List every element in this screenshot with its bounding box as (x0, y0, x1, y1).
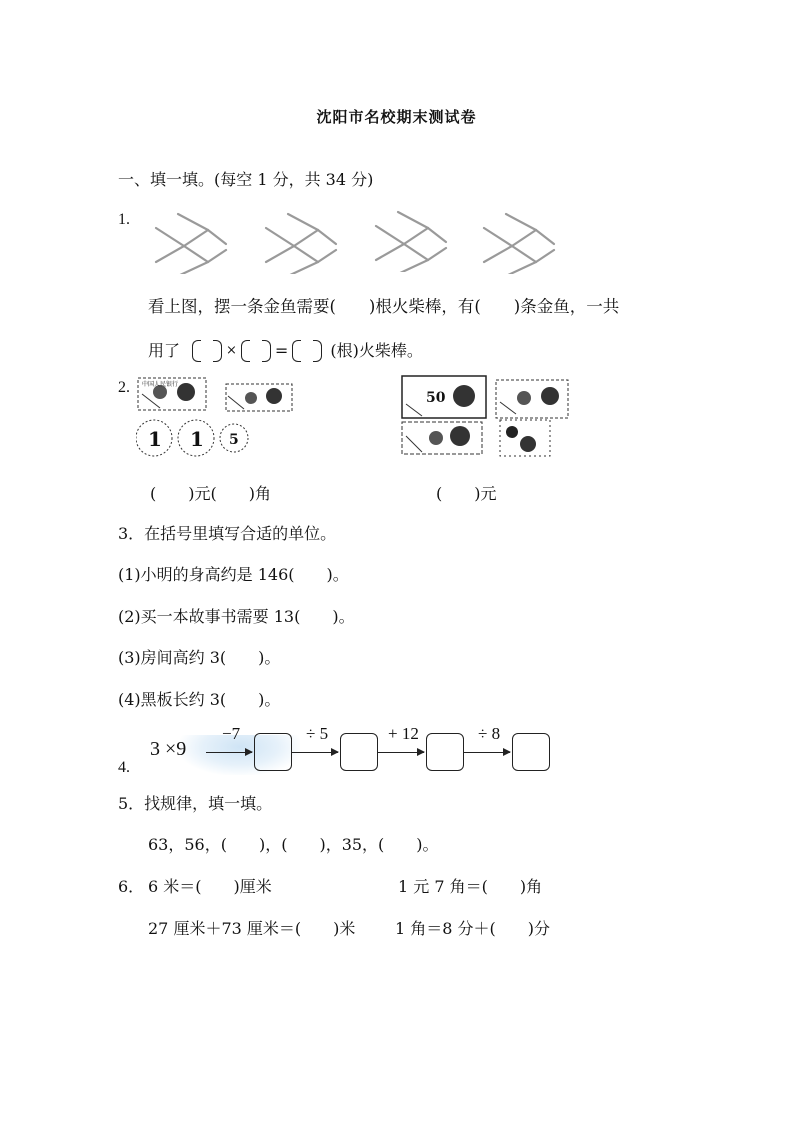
q4-answer-box-4[interactable] (512, 733, 550, 771)
coin-1-yuan-icon: 1 (178, 420, 214, 456)
banknote-20-icon (496, 380, 568, 418)
q2-right-answer: ( )元 (436, 484, 497, 504)
money-group-left: 中国人民银行 1 1 5 (136, 376, 296, 466)
times-sign: × (226, 341, 237, 361)
answer-box-total[interactable] (292, 340, 322, 362)
q3-item-1: (1)小明的身高约是 146( )。 (118, 565, 349, 585)
svg-text:1: 1 (148, 427, 162, 451)
question-number-1: 1. (118, 210, 130, 230)
arrow-2 (292, 752, 338, 753)
q3-item-4: (4)黑板长约 3( )。 (118, 690, 280, 710)
banknote-10-icon (226, 384, 292, 411)
q6-item-2: 1 元 7 角＝( )角 (398, 877, 542, 897)
matchstick-fish-1 (148, 210, 228, 274)
banknote-20-icon: 中国人民银行 (138, 378, 206, 410)
page-title: 沈阳市名校期末测试卷 (0, 106, 793, 127)
q4-start-expression: 3 ×9 (150, 738, 186, 761)
banknote-20-icon (402, 422, 482, 454)
section-heading: 一、填一填。(每空 1 分，共 34 分) (118, 170, 373, 190)
svg-text:50: 50 (426, 390, 446, 406)
q4-answer-box-3[interactable] (426, 733, 464, 771)
q6-item-1: 6 米＝( )厘米 (148, 877, 272, 897)
money-group-right: 50 (400, 374, 580, 458)
coin-5-jiao-icon: 5 (220, 424, 248, 452)
q4-op-4: ÷ 8 (478, 724, 500, 744)
svg-text:中国人民银行: 中国人民银行 (142, 380, 178, 388)
answer-box-fish-count[interactable] (241, 340, 271, 362)
q4-answer-box-1[interactable] (254, 733, 292, 771)
q5-heading: 5．找规律，填一填。 (118, 794, 272, 814)
q4-op-1: −7 (222, 724, 240, 744)
q3-heading: 3．在括号里填写合适的单位。 (118, 524, 336, 544)
question-number-2: 2. (118, 378, 130, 398)
arrow-4 (464, 752, 510, 753)
q4-op-2: ÷ 5 (306, 724, 328, 744)
svg-text:5: 5 (229, 432, 239, 448)
matchstick-fish-2 (258, 210, 338, 274)
q5-sequence: 63，56，( )，( )，35，( )。 (148, 835, 439, 855)
q3-item-2: (2)买一本故事书需要 13( )。 (118, 607, 355, 627)
coin-1-yuan-icon: 1 (136, 420, 172, 456)
q2-left-answer: ( )元( )角 (150, 484, 271, 504)
q1-text-line2: 用了 × = (根)火柴棒。 (148, 340, 423, 362)
q6-item-4: 1 角＝8 分＋( )分 (395, 919, 550, 939)
q3-item-3: (3)房间高约 3( )。 (118, 648, 280, 668)
arrow-3 (378, 752, 424, 753)
equals-sign: = (275, 341, 288, 361)
svg-text:1: 1 (190, 427, 204, 451)
matchstick-fish-4 (476, 210, 556, 274)
banknote-10-icon (500, 420, 550, 456)
banknote-50-icon: 50 (402, 376, 486, 418)
answer-box-sticks-per-fish[interactable] (192, 340, 222, 362)
question-number-6: 6． (118, 877, 144, 897)
q1-text-line1: 看上图，摆一条金鱼需要( )根火柴棒，有( )条金鱼，一共 (148, 297, 619, 317)
q4-answer-box-2[interactable] (340, 733, 378, 771)
arrow-1 (206, 752, 252, 753)
q1-prefix: 用了 (148, 341, 180, 361)
matchstick-fish-3 (368, 208, 448, 272)
q4-op-3: + 12 (388, 724, 419, 744)
q6-item-3: 27 厘米＋73 厘米＝( )米 (148, 919, 355, 939)
question-number-4: 4. (118, 758, 130, 778)
q1-suffix: (根)火柴棒。 (330, 341, 423, 361)
